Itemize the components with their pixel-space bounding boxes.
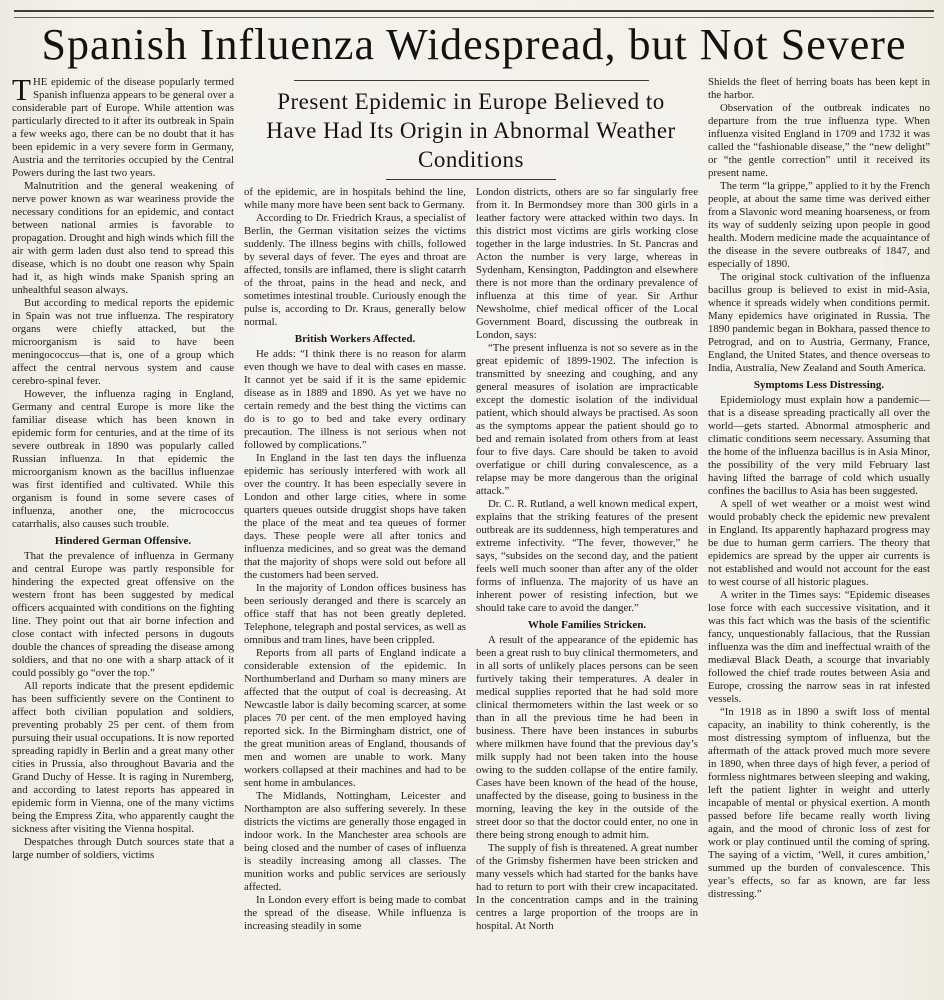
paragraph: A result of the appearance of the epidem… bbox=[476, 634, 698, 842]
paragraph: Dr. C. R. Rutland, a well known medical … bbox=[476, 498, 698, 615]
paragraph: The supply of fish is threatened. A grea… bbox=[476, 842, 698, 933]
paragraph: Reports from all parts of England indica… bbox=[244, 647, 466, 790]
paragraph: “The present influenza is not so severe … bbox=[476, 342, 698, 498]
paragraph: However, the influenza raging in England… bbox=[12, 388, 234, 531]
paragraph: That the prevalence of influenza in Germ… bbox=[12, 550, 234, 680]
paragraph: Shields the fleet of herring boats has b… bbox=[708, 76, 930, 102]
column-1: THE epidemic of the disease popularly te… bbox=[12, 76, 234, 862]
middle-section: Present Epidemic in Europe Believed to H… bbox=[244, 76, 698, 933]
section-subhead-symptoms-less-distressing: Symptoms Less Distressing. bbox=[708, 379, 930, 392]
drop-cap: T bbox=[12, 76, 33, 102]
middle-columns: of the epidemic, are in hospitals behind… bbox=[244, 186, 698, 933]
paragraph: Observation of the outbreak indicates no… bbox=[708, 102, 930, 180]
deck-rule-top bbox=[294, 80, 649, 81]
section-subhead-british-workers-affected: British Workers Affected. bbox=[244, 333, 466, 346]
paragraph: All reports indicate that the present ep… bbox=[12, 680, 234, 836]
paragraph: The original stock cultivation of the in… bbox=[708, 271, 930, 375]
headline: Spanish Influenza Widespread, but Not Se… bbox=[12, 22, 936, 68]
article-columns: THE epidemic of the disease popularly te… bbox=[12, 76, 936, 933]
paragraph: A writer in the Times says: “Epidemic di… bbox=[708, 589, 930, 706]
column-2: of the epidemic, are in hospitals behind… bbox=[244, 186, 466, 933]
paragraph: In England in the last ten days the infl… bbox=[244, 452, 466, 582]
paragraph: In London every effort is being made to … bbox=[244, 894, 466, 933]
section-subhead-whole-families-stricken: Whole Families Stricken. bbox=[476, 619, 698, 632]
page-top-rule bbox=[14, 10, 934, 18]
paragraph: The Midlands, Nottingham, Leicester and … bbox=[244, 790, 466, 894]
paragraph: A spell of wet weather or a moist west w… bbox=[708, 498, 930, 589]
column-3: London districts, others are so far sing… bbox=[476, 186, 698, 933]
paragraph: Despatches through Dutch sources state t… bbox=[12, 836, 234, 862]
paragraph-text: HE epidemic of the disease popularly ter… bbox=[12, 76, 234, 179]
column-4: Shields the fleet of herring boats has b… bbox=[708, 76, 930, 901]
deck-rule-bottom bbox=[386, 179, 556, 180]
paragraph: Epidemiology must explain how a pandemic… bbox=[708, 394, 930, 498]
paragraph: But according to medical reports the epi… bbox=[12, 297, 234, 388]
deck-headline: Present Epidemic in Europe Believed to H… bbox=[244, 87, 698, 174]
paragraph: He adds: “I think there is no reason for… bbox=[244, 348, 466, 452]
paragraph: London districts, others are so far sing… bbox=[476, 186, 698, 342]
paragraph: In the majority of London offices busine… bbox=[244, 582, 466, 647]
paragraph: The term “la grippe,” applied to it by t… bbox=[708, 180, 930, 271]
deck-headline-block: Present Epidemic in Europe Believed to H… bbox=[244, 76, 698, 180]
newspaper-page: Spanish Influenza Widespread, but Not Se… bbox=[0, 0, 944, 1000]
paragraph: of the epidemic, are in hospitals behind… bbox=[244, 186, 466, 212]
paragraph: Malnutrition and the general weakening o… bbox=[12, 180, 234, 297]
section-subhead-hindered-german-offensive: Hindered German Offensive. bbox=[12, 535, 234, 548]
paragraph: According to Dr. Friedrich Kraus, a spec… bbox=[244, 212, 466, 329]
paragraph: “In 1918 as in 1890 a swift loss of ment… bbox=[708, 706, 930, 901]
paragraph: THE epidemic of the disease popularly te… bbox=[12, 76, 234, 180]
